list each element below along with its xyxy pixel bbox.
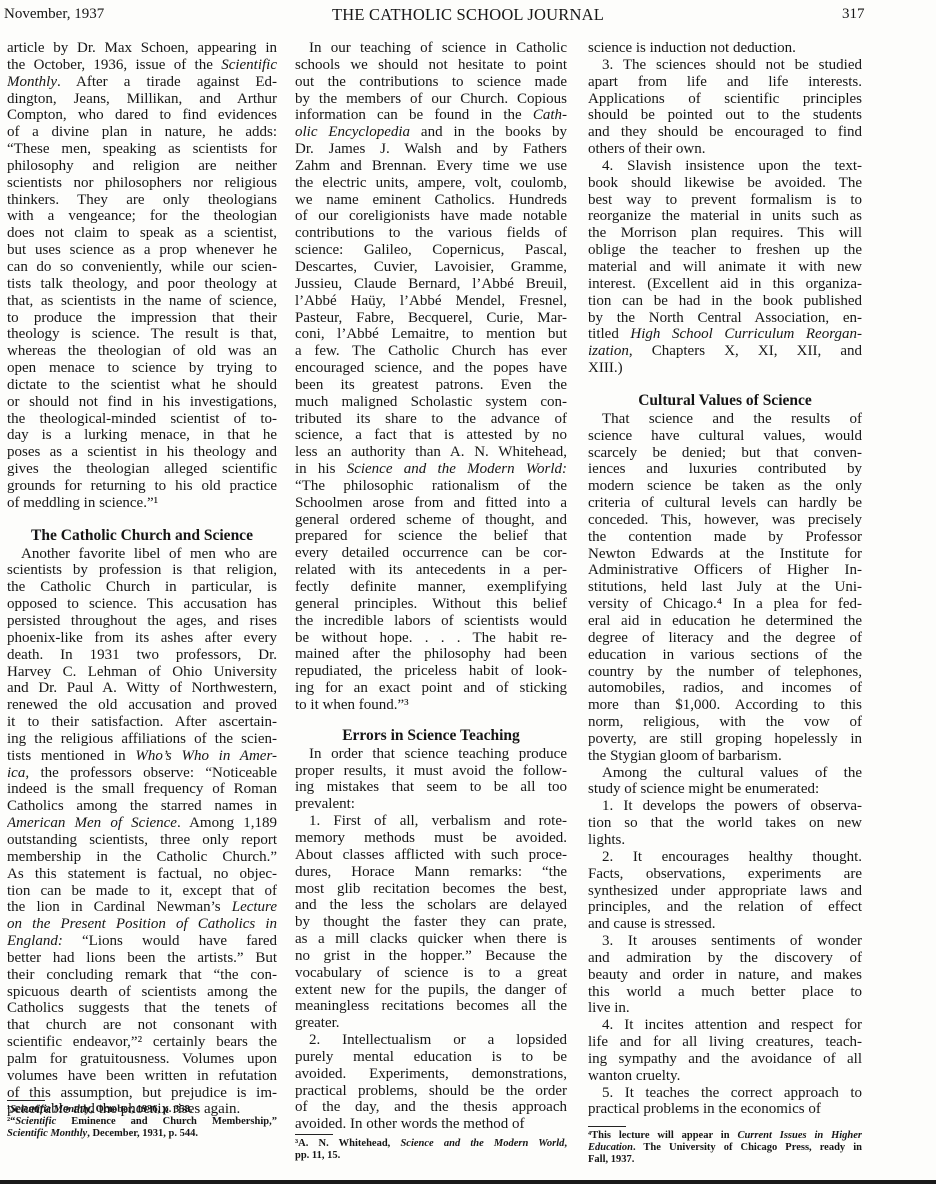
text-line: palm for gratuitousness. Volumes upon xyxy=(7,1051,277,1068)
text-line: less an authority than A. N. Whitehead, xyxy=(295,444,567,461)
paragraph: Among the cultural values of thestudy of… xyxy=(588,765,862,799)
text-line: repudiated, the priceless habit of look- xyxy=(295,663,567,680)
text-line: gives the theologian alleged scientific xyxy=(7,461,277,478)
text-line: and the less the scholars are delayed xyxy=(295,897,567,914)
text-line: of our coreligionists have made notable xyxy=(295,208,567,225)
text-line: and admiration by the discovery of xyxy=(588,950,862,967)
section-spacer xyxy=(588,377,862,391)
text-line: versity of Chicago.⁴ In a plea for fed- xyxy=(588,596,862,613)
text-line: of meddling in science.”¹ xyxy=(7,495,277,512)
scan-bottom-edge xyxy=(0,1180,936,1184)
text-line: study of science might be enumerated: xyxy=(588,781,862,798)
text-line: modern science be taken as the only xyxy=(588,478,862,495)
text-line: tists mentioned in Who’s Who in Amer- xyxy=(7,748,277,765)
text-line: oblige the teacher to freshen up the xyxy=(588,242,862,259)
text-line: information can be found in the Cath- xyxy=(295,107,567,124)
text-line: the theological-minded scientist of to- xyxy=(7,411,277,428)
text-line: that church are not consonant with xyxy=(7,1017,277,1034)
text-line: beauty and order in nature, and makes xyxy=(588,967,862,984)
text-line: their concluding remark that “the con- xyxy=(7,967,277,984)
text-line: Applications of scientific principles xyxy=(588,91,862,108)
text-line: XIII.) xyxy=(588,360,862,377)
text-line: 1. It develops the powers of observa- xyxy=(588,798,862,815)
text-line: no grist in the hopper.” Because the xyxy=(295,948,567,965)
text-line: tributed its share to the advance of xyxy=(295,411,567,428)
text-line: Pasteur, Fabre, Becquerel, Curie, Mar- xyxy=(295,310,567,327)
text-line: ica, the professors observe: “Noticeable xyxy=(7,765,277,782)
paragraph: 2. Intellectualism or a lopsidedpurely m… xyxy=(295,1032,567,1133)
text-line: the lion in Cardinal Newman’s Lecture xyxy=(7,899,277,916)
text-line: philosophy and religion are neither xyxy=(7,158,277,175)
text-line: 2. It encourages healthy thought. xyxy=(588,849,862,866)
text-line: science, a fact that is attested by no xyxy=(295,427,567,444)
text-line: and they should be encouraged to find xyxy=(588,124,862,141)
text-line: the incredible labors of scientists woul… xyxy=(295,613,567,630)
text-line: scientists nor philosophers nor religiou… xyxy=(7,175,277,192)
text-line: coni, l’Abbé Lemaitre, to mention but xyxy=(295,326,567,343)
text-line: general principles. Without this belief xyxy=(295,596,567,613)
text-line: titled High School Curriculum Reorgan- xyxy=(588,326,862,343)
text-line: ing the religious affiliations of the sc… xyxy=(7,731,277,748)
text-line: day is a lurking menace, in that he xyxy=(7,427,277,444)
text-line: extent new for the pupils, the danger of xyxy=(295,982,567,999)
text-line: ing mistakes that seem to be all too xyxy=(295,779,567,796)
text-line: Catholics suggests that the tenets of xyxy=(7,1000,277,1017)
text-line: Monthly. After a tirade against Ed- xyxy=(7,74,277,91)
text-line: fectly definite manner, exemplifying xyxy=(295,579,567,596)
text-line: does not claim to speak as a scientist, xyxy=(7,225,277,242)
text-line: contributions to the various fields of xyxy=(295,225,567,242)
text-line: be without hope. . . . The habit re- xyxy=(295,630,567,647)
text-line: been its greatest patrons. Even the xyxy=(295,377,567,394)
text-line: the contention made by Professor xyxy=(588,529,862,546)
text-line: general ordered scheme of thought, and xyxy=(295,512,567,529)
footnote-line: Fall, 1937. xyxy=(588,1154,862,1166)
text-line: 1. First of all, verbalism and rote- xyxy=(295,813,567,830)
text-line: Harvey C. Lehman of Ohio University xyxy=(7,664,277,681)
text-line: Jussieu, Claude Bernard, l’Abbé Breuil, xyxy=(295,276,567,293)
text-line: 3. The sciences should not be studied xyxy=(588,57,862,74)
text-line: outstanding scientists, three only repor… xyxy=(7,832,277,849)
text-line: as a mill clacks quicker when there is xyxy=(295,931,567,948)
text-line: eral aid in education he determined the xyxy=(588,613,862,630)
text-line: prevalent: xyxy=(295,796,567,813)
paragraph: 1. First of all, verbalism and rote-memo… xyxy=(295,813,567,1032)
text-line: Catholics among the starred names in xyxy=(7,798,277,815)
text-line: encouraged science, and the popes have xyxy=(295,360,567,377)
text-line: but uses science as a prop whenever he xyxy=(7,242,277,259)
text-line: Schoolmen arose from and fitted into a xyxy=(295,495,567,512)
heading-cultural-values-of-science: Cultural Values of Science xyxy=(588,391,862,411)
text-line: membership in the Catholic Church.” xyxy=(7,849,277,866)
text-line: interest. (Excellent aid in this organiz… xyxy=(588,276,862,293)
text-line: phoenix-like from its ashes after every xyxy=(7,630,277,647)
text-line: poverty, are still groping hopelessly in xyxy=(588,731,862,748)
text-line: About classes afflicted with such proce- xyxy=(295,847,567,864)
text-line: whereas the theologian of old was an xyxy=(7,343,277,360)
text-line: poses as a scientist in his theology and xyxy=(7,444,277,461)
text-line: purely mental education is to be xyxy=(295,1049,567,1066)
text-line: education in various sections of the xyxy=(588,647,862,664)
text-line: the Morrison plan requires. This will xyxy=(588,225,862,242)
text-line: out the contributions to science made xyxy=(295,74,567,91)
paragraph: In order that science teaching producepr… xyxy=(295,746,567,813)
paragraph: 3. It arouses sentiments of wonderand ad… xyxy=(588,933,862,1017)
footnote-line: ¹Scientific Monthly, October, 1936, p. 3… xyxy=(7,1104,277,1116)
text-line: theology is science. The result is that, xyxy=(7,326,277,343)
text-line: wanton cruelty. xyxy=(588,1068,862,1085)
text-line: vocabulary of science is to a great xyxy=(295,965,567,982)
text-line: it to their satisfaction. After ascertai… xyxy=(7,714,277,731)
text-line: to it when found.”³ xyxy=(295,697,567,714)
footnote-rule xyxy=(295,1134,333,1135)
paragraph: 4. It incites attention and respect forl… xyxy=(588,1017,862,1084)
text-line: That science and the results of xyxy=(588,411,862,428)
text-line: science is induction not deduction. xyxy=(588,40,862,57)
text-line: dures, Horace Mann remarks: “the xyxy=(295,864,567,881)
text-column-middle: In our teaching of science in Catholicsc… xyxy=(295,40,567,1133)
text-line: others of their own. xyxy=(588,141,862,158)
text-line: science have cultural values, would xyxy=(588,428,862,445)
text-line: scarcely be denied; but that conven- xyxy=(588,445,862,462)
footnote-line: Scientific Monthly, December, 1931, p. 5… xyxy=(7,1128,277,1140)
text-line: In our teaching of science in Catholic xyxy=(295,40,567,57)
text-line: every detailed occurrence can be cor- xyxy=(295,545,567,562)
text-line: Another favorite libel of men who are xyxy=(7,546,277,563)
text-line: “The philosophic rationalism of the xyxy=(295,478,567,495)
page-number: 317 xyxy=(842,6,865,23)
text-line: of the day, and the thesis approach xyxy=(295,1099,567,1116)
heading-errors-in-science-teaching: Errors in Science Teaching xyxy=(295,726,567,746)
paragraph: That science and the results ofscience h… xyxy=(588,411,862,765)
text-line: book should likewise be avoided. The xyxy=(588,175,862,192)
text-line: olic Encyclopedia and in the books by xyxy=(295,124,567,141)
text-line: American Men of Science. Among 1,189 xyxy=(7,815,277,832)
paragraph: science is induction not deduction. xyxy=(588,40,862,57)
text-line: the electric units, ampere, volt, coulom… xyxy=(295,175,567,192)
footnote-line: ³A. N. Whitehead, Science and the Modern… xyxy=(295,1138,567,1150)
text-line: avoided. Experiments, demonstrations, xyxy=(295,1066,567,1083)
paragraph: 2. It encourages healthy thought.Facts, … xyxy=(588,849,862,933)
text-line: better had lions been the artists.” But xyxy=(7,950,277,967)
text-line: greater. xyxy=(295,1015,567,1032)
text-line: best way to prevent formalism is to xyxy=(588,192,862,209)
text-line: of a divine plan in nature, he adds: xyxy=(7,124,277,141)
text-line: ing for an exact point and of sticking xyxy=(295,680,567,697)
text-line: practical problems, should be the order xyxy=(295,1083,567,1100)
footnote-rule xyxy=(7,1100,45,1101)
text-line: and cause is stressed. xyxy=(588,916,862,933)
text-line: Dr. James J. Walsh and by Fathers xyxy=(295,141,567,158)
footnotes: ¹Scientific Monthly, October, 1936, p. 3… xyxy=(7,1094,277,1140)
text-line: Newton Edwards at the Institute for xyxy=(588,546,862,563)
text-line: Administrative Officers of Higher In- xyxy=(588,562,862,579)
text-line: on the Present Position of Catholics in xyxy=(7,916,277,933)
text-line: Facts, observations, experiments are xyxy=(588,866,862,883)
text-line: to produce the impression that their xyxy=(7,310,277,327)
paragraph: article by Dr. Max Schoen, appearing int… xyxy=(7,40,277,512)
heading-catholic-church-and-science: The Catholic Church and Science xyxy=(7,526,277,546)
paragraph: 1. It develops the powers of observa-tio… xyxy=(588,798,862,849)
text-line: iences and luxuries contributed by xyxy=(588,461,862,478)
text-line: criteria of cultural levels can hardly b… xyxy=(588,495,862,512)
text-line: the Stygian gloom of barbarism. xyxy=(588,748,862,765)
text-line: can do so conveniently, while our scien- xyxy=(7,259,277,276)
text-line: in his Science and the Modern World: xyxy=(295,461,567,478)
footnotes: ³A. N. Whitehead, Science and the Modern… xyxy=(295,1128,567,1162)
text-line: principles, and the relation of effect xyxy=(588,899,862,916)
text-line: degree of literacy and the degree of xyxy=(588,630,862,647)
text-line: and Dr. Paul A. Witty of Northwestern, xyxy=(7,680,277,697)
text-line: England: “Lions would have fared xyxy=(7,933,277,950)
text-line: scientific endeavor,”² certainly bears t… xyxy=(7,1034,277,1051)
text-line: dictate to the scientist what he should xyxy=(7,377,277,394)
text-line: with a vengeance; for the theologian xyxy=(7,208,277,225)
text-line: apart from life and life interests. xyxy=(588,74,862,91)
text-line: opposed to science. This accusation has xyxy=(7,596,277,613)
text-line: norm, religious, with the vow of xyxy=(588,714,862,731)
text-line: schools we should not hesitate to point xyxy=(295,57,567,74)
text-line: Compton, who dared to find evidences xyxy=(7,107,277,124)
text-line: renewed the old accusation and proved xyxy=(7,697,277,714)
text-line: that, as scientists in the name of scien… xyxy=(7,293,277,310)
text-line: a few. The Catholic Church has ever xyxy=(295,343,567,360)
paragraph: 3. The sciences should not be studiedapa… xyxy=(588,57,862,158)
text-line: 5. It teaches the correct approach to xyxy=(588,1085,862,1102)
text-line: 2. Intellectualism or a lopsided xyxy=(295,1032,567,1049)
text-line: Among the cultural values of the xyxy=(588,765,862,782)
text-line: thinkers. They are only theologians xyxy=(7,192,277,209)
text-line: more than $1,000. According to this xyxy=(588,697,862,714)
footnote-rule xyxy=(588,1126,626,1127)
text-line: tists talk theology, and poor theology a… xyxy=(7,276,277,293)
text-line: country by the number of telephones, xyxy=(588,664,862,681)
text-line: by thought the faster they can prate, xyxy=(295,914,567,931)
text-line: by the members of our Church. Copious xyxy=(295,91,567,108)
text-line: the October, 1936, issue of the Scientif… xyxy=(7,57,277,74)
footnote-line: pp. 11, 15. xyxy=(295,1150,567,1162)
text-line: tion can be made to it, except that of xyxy=(7,883,277,900)
text-line: material and will animate it with new xyxy=(588,259,862,276)
text-line: dington, Jeans, Millikan, and Arthur xyxy=(7,91,277,108)
text-line: practical problems in the economics of xyxy=(588,1101,862,1118)
text-line: most glib recitation becomes the best, xyxy=(295,881,567,898)
text-line: by the North Central Association, en- xyxy=(588,310,862,327)
text-line: death. In 1931 two professors, Dr. xyxy=(7,647,277,664)
text-line: mained after the philosophy had been xyxy=(295,646,567,663)
text-line: Zahm and Brennan. Every time we use xyxy=(295,158,567,175)
paragraph: In our teaching of science in Catholicsc… xyxy=(295,40,567,714)
text-line: In order that science teaching produce xyxy=(295,746,567,763)
text-line: stitutions, held last July at the Uni- xyxy=(588,579,862,596)
text-line: life and for all living creatures, teach… xyxy=(588,1034,862,1051)
journal-title: THE CATHOLIC SCHOOL JOURNAL xyxy=(0,5,936,25)
text-line: conceded. This, however, was precisely xyxy=(588,512,862,529)
text-line: much maligned Scholastic system con- xyxy=(295,394,567,411)
text-line: the Catholic Church in particular, is xyxy=(7,579,277,596)
text-column-right: science is induction not deduction.3. Th… xyxy=(588,40,862,1118)
text-line: “These men, speaking as scientists for xyxy=(7,141,277,158)
text-line: scientists by profession is that religio… xyxy=(7,562,277,579)
text-line: proper results, it must avoid the follow… xyxy=(295,763,567,780)
text-line: open menace to science by trying to xyxy=(7,360,277,377)
running-header: November, 1937 THE CATHOLIC SCHOOL JOURN… xyxy=(0,4,936,26)
text-column-left: article by Dr. Max Schoen, appearing int… xyxy=(7,40,277,1118)
text-line: tion can be had in the book published xyxy=(588,293,862,310)
text-line: 3. It arouses sentiments of wonder xyxy=(588,933,862,950)
text-line: automobiles, radios, and incomes of xyxy=(588,680,862,697)
text-line: we name eminent Catholics. Hundreds xyxy=(295,192,567,209)
text-line: memory methods must be avoided. xyxy=(295,830,567,847)
text-line: indeed is the small frequency of Roman xyxy=(7,781,277,798)
footnotes: ⁴This lecture will appear in Current Iss… xyxy=(588,1120,862,1166)
text-line: l’Abbé Haüy, l’Abbé Mendel, Fresnel, xyxy=(295,293,567,310)
text-line: spicuous dearth of scientists among the xyxy=(7,984,277,1001)
footnote-line: ²“Scientific Eminence and Church Members… xyxy=(7,1116,277,1128)
text-line: As this statement is factual, no objec- xyxy=(7,866,277,883)
text-line: Descartes, Cuvier, Lavoisier, Gramme, xyxy=(295,259,567,276)
text-line: lights. xyxy=(588,832,862,849)
text-line: 4. It incites attention and respect for xyxy=(588,1017,862,1034)
text-line: or should not find in his investigations… xyxy=(7,394,277,411)
text-line: should be pointed out to the students xyxy=(588,107,862,124)
footnote-line: Education. The University of Chicago Pre… xyxy=(588,1142,862,1154)
text-line: persisted throughout the ages, and rises xyxy=(7,613,277,630)
text-line: science: Galileo, Copernicus, Pascal, xyxy=(295,242,567,259)
text-line: grounds for returning to his old practic… xyxy=(7,478,277,495)
text-line: 4. Slavish insistence upon the text- xyxy=(588,158,862,175)
text-line: tion so that the world takes on new xyxy=(588,815,862,832)
text-line: volumes have been written in refutation xyxy=(7,1068,277,1085)
paragraph: Another favorite libel of men who aresci… xyxy=(7,546,277,1119)
text-line: related with its antecedents in a per- xyxy=(295,562,567,579)
text-line: prepared for science the belief that xyxy=(295,528,567,545)
paragraph: 5. It teaches the correct approach topra… xyxy=(588,1085,862,1119)
section-spacer xyxy=(7,512,277,526)
text-line: synthesized under appropriate laws and xyxy=(588,883,862,900)
text-line: live in. xyxy=(588,1000,862,1017)
paragraph: 4. Slavish insistence upon the text-book… xyxy=(588,158,862,377)
section-spacer xyxy=(295,714,567,726)
text-line: meaningless recitations becomes all the xyxy=(295,998,567,1015)
footnote-line: ⁴This lecture will appear in Current Iss… xyxy=(588,1130,862,1142)
text-line: ing sympathy and the avoidance of all xyxy=(588,1051,862,1068)
text-line: ization, Chapters X, XI, XII, and xyxy=(588,343,862,360)
text-line: this world a much better place to xyxy=(588,984,862,1001)
text-line: reorganize the material in units such as xyxy=(588,208,862,225)
text-line: article by Dr. Max Schoen, appearing in xyxy=(7,40,277,57)
